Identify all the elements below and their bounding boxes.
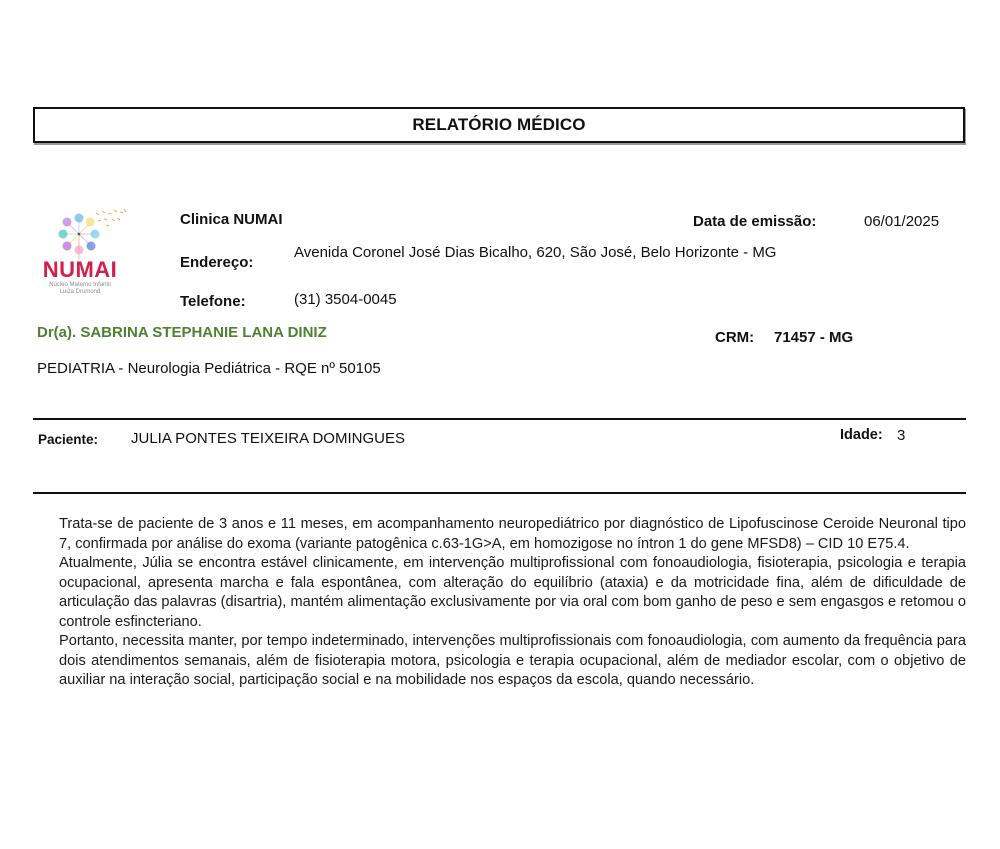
crm-label: CRM: — [715, 329, 754, 346]
patient-name: JULIA PONTES TEIXEIRA DOMINGUES — [131, 430, 405, 447]
logo-wordmark: NUMAI — [34, 259, 126, 281]
issue-date-value: 06/01/2025 — [864, 213, 939, 230]
dandelion-logo-icon — [34, 207, 134, 259]
report-paragraph: Portanto, necessita manter, por tempo in… — [59, 632, 966, 691]
address-label: Endereço: — [180, 254, 253, 271]
phone-label: Telefone: — [180, 293, 246, 310]
doctor-specialty: PEDIATRIA - Neurologia Pediátrica - RQE … — [37, 360, 381, 377]
age-value: 3 — [897, 427, 905, 444]
report-paragraph: Atualmente, Júlia se encontra estável cl… — [59, 554, 966, 632]
report-body: Trata-se de paciente de 3 anos e 11 mese… — [59, 515, 966, 691]
document-title: RELATÓRIO MÉDICO — [412, 115, 585, 135]
clinic-logo: NUMAI Núcleo Materno Infantil Luiza Drum… — [34, 207, 134, 299]
issue-date-label: Data de emissão: — [693, 213, 816, 230]
divider-top — [33, 418, 966, 420]
age-label: Idade: — [840, 427, 883, 443]
logo-subtitle-2: Luiza Drumond — [34, 289, 126, 296]
crm-value: 71457 - MG — [774, 329, 853, 346]
address-value: Avenida Coronel José Dias Bicalho, 620, … — [294, 244, 776, 261]
phone-value: (31) 3504-0045 — [294, 291, 397, 308]
logo-subtitle: Núcleo Materno Infantil — [34, 282, 126, 289]
divider-bottom — [33, 492, 966, 494]
doctor-name: Dr(a). SABRINA STEPHANIE LANA DINIZ — [37, 324, 327, 341]
document-title-box: RELATÓRIO MÉDICO — [33, 107, 965, 143]
report-paragraph: Trata-se de paciente de 3 anos e 11 mese… — [59, 515, 966, 554]
patient-label: Paciente: — [38, 432, 98, 447]
clinic-name: Clinica NUMAI — [180, 211, 283, 228]
